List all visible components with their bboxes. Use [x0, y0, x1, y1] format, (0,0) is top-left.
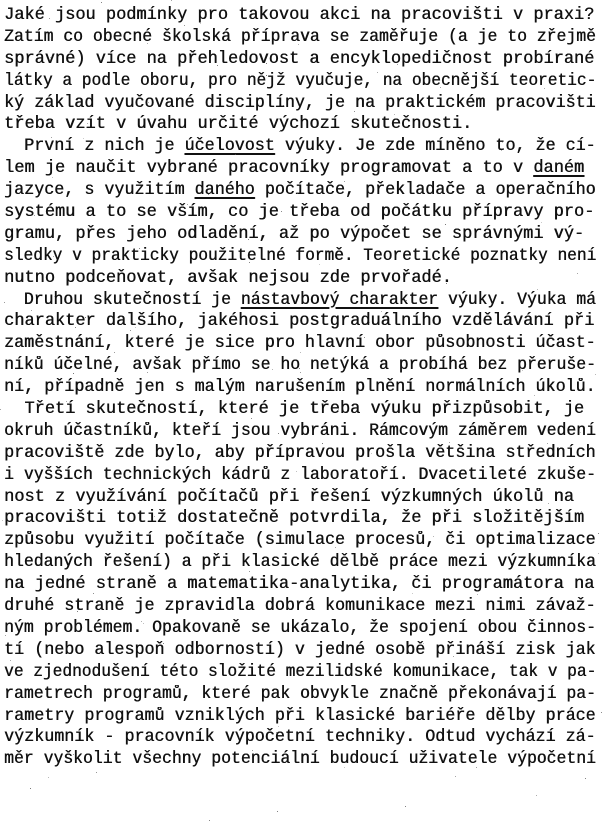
text-line: látky a podle oboru, pro nějž vyučuje, n… [4, 71, 569, 93]
underlined-term: nástavbový charakter [241, 291, 438, 310]
typewritten-page: Jaké jsou podmínky pro takovou akci na p… [4, 5, 604, 771]
text-line: správné) více na přehledovost a encyklop… [4, 49, 596, 71]
text-line: První z nich je účelovost výuky. Je zde … [4, 136, 587, 158]
text-line: Třetí skutečností, které je třeba výuku … [4, 399, 596, 421]
text-line: na jedné straně a matematika-analytika, … [4, 574, 596, 596]
text-segment: První z nich je [4, 137, 184, 156]
text-line: hledaných řešení) a při klasické dělbě p… [4, 552, 578, 574]
text-line: nost z využívání počítačů při řešení výz… [4, 487, 596, 509]
text-line: pracovišti totiž dostatečně potvrdila, ž… [4, 508, 596, 530]
text-segment: Druhou skutečností je [4, 291, 241, 310]
underlined-term: daného [195, 181, 255, 200]
text-line: způsobu využití počítače (simulace proce… [4, 530, 587, 552]
text-line: ký základ vyučované disciplíny, je na pr… [4, 93, 587, 115]
text-line: sledky v prakticky použitelné formě. Teo… [4, 246, 569, 268]
underlined-term: daném [533, 159, 584, 178]
text-line: měr vyškolit všechny potenciální budoucí… [4, 749, 578, 771]
text-line: rametrech programů, které pak obvykle zn… [4, 684, 578, 706]
text-line: zaměstnání, které je sice pro hlavní obo… [4, 333, 587, 355]
text-segment: počítače, překladače a operačního [255, 181, 596, 200]
text-line: i vyšších technických kádrů z laboratoří… [4, 465, 578, 487]
text-segment: lem je naučit vybrané pracovníky program… [4, 159, 533, 178]
text-line: jazyce, s využitím daného počítače, přek… [4, 180, 587, 202]
text-segment: jazyce, s využitím [4, 181, 195, 200]
text-line: ným problémem. Opakovaně se ukázalo, že … [4, 618, 578, 640]
text-line: okruh účastníků, kteří jsou vybráni. Rám… [4, 421, 578, 443]
text-line: lem je naučit vybrané pracovníky program… [4, 158, 596, 180]
text-line: charakter dalšího, jakéhosi postgraduáln… [4, 311, 596, 333]
text-segment: výuky. Je zde míněno to, že cí- [275, 137, 596, 156]
text-line: výzkumník - pracovník výpočetní techniky… [4, 727, 587, 749]
text-line: třeba vzít v úvahu určité výchozí skuteč… [4, 114, 596, 136]
text-line: systému a to se vším, co je třeba od poč… [4, 202, 596, 224]
text-line: Jaké jsou podmínky pro takovou akci na p… [4, 5, 596, 27]
text-line: druhé straně je zpravidla dobrá komunika… [4, 596, 587, 618]
text-line: rametry programů vzniklých při klasické … [4, 706, 587, 728]
text-segment: výuky. Výuka má [438, 291, 596, 310]
text-line: tí (nebo alespoň odborností) v jedné oso… [4, 640, 587, 662]
text-line: gramu, přes jeho odladění, až po výpočet… [4, 224, 596, 246]
text-line: níků účelné, avšak přímo se ho netýká a … [4, 355, 578, 377]
text-line: ní, případně jen s malým narušením plněn… [4, 377, 587, 399]
text-line: ve zjednodušení této složité mezilidské … [4, 662, 569, 684]
text-line: Druhou skutečností je nástavbový charakt… [4, 290, 578, 312]
text-line: pracoviště zde bylo, aby přípravou prošl… [4, 443, 587, 465]
text-line: Zatím co obecné školská příprava se zamě… [4, 27, 578, 49]
text-line: nutno podceňovat, avšak nejsou zde prvoř… [4, 268, 596, 290]
underlined-term: účelovost [184, 137, 274, 156]
